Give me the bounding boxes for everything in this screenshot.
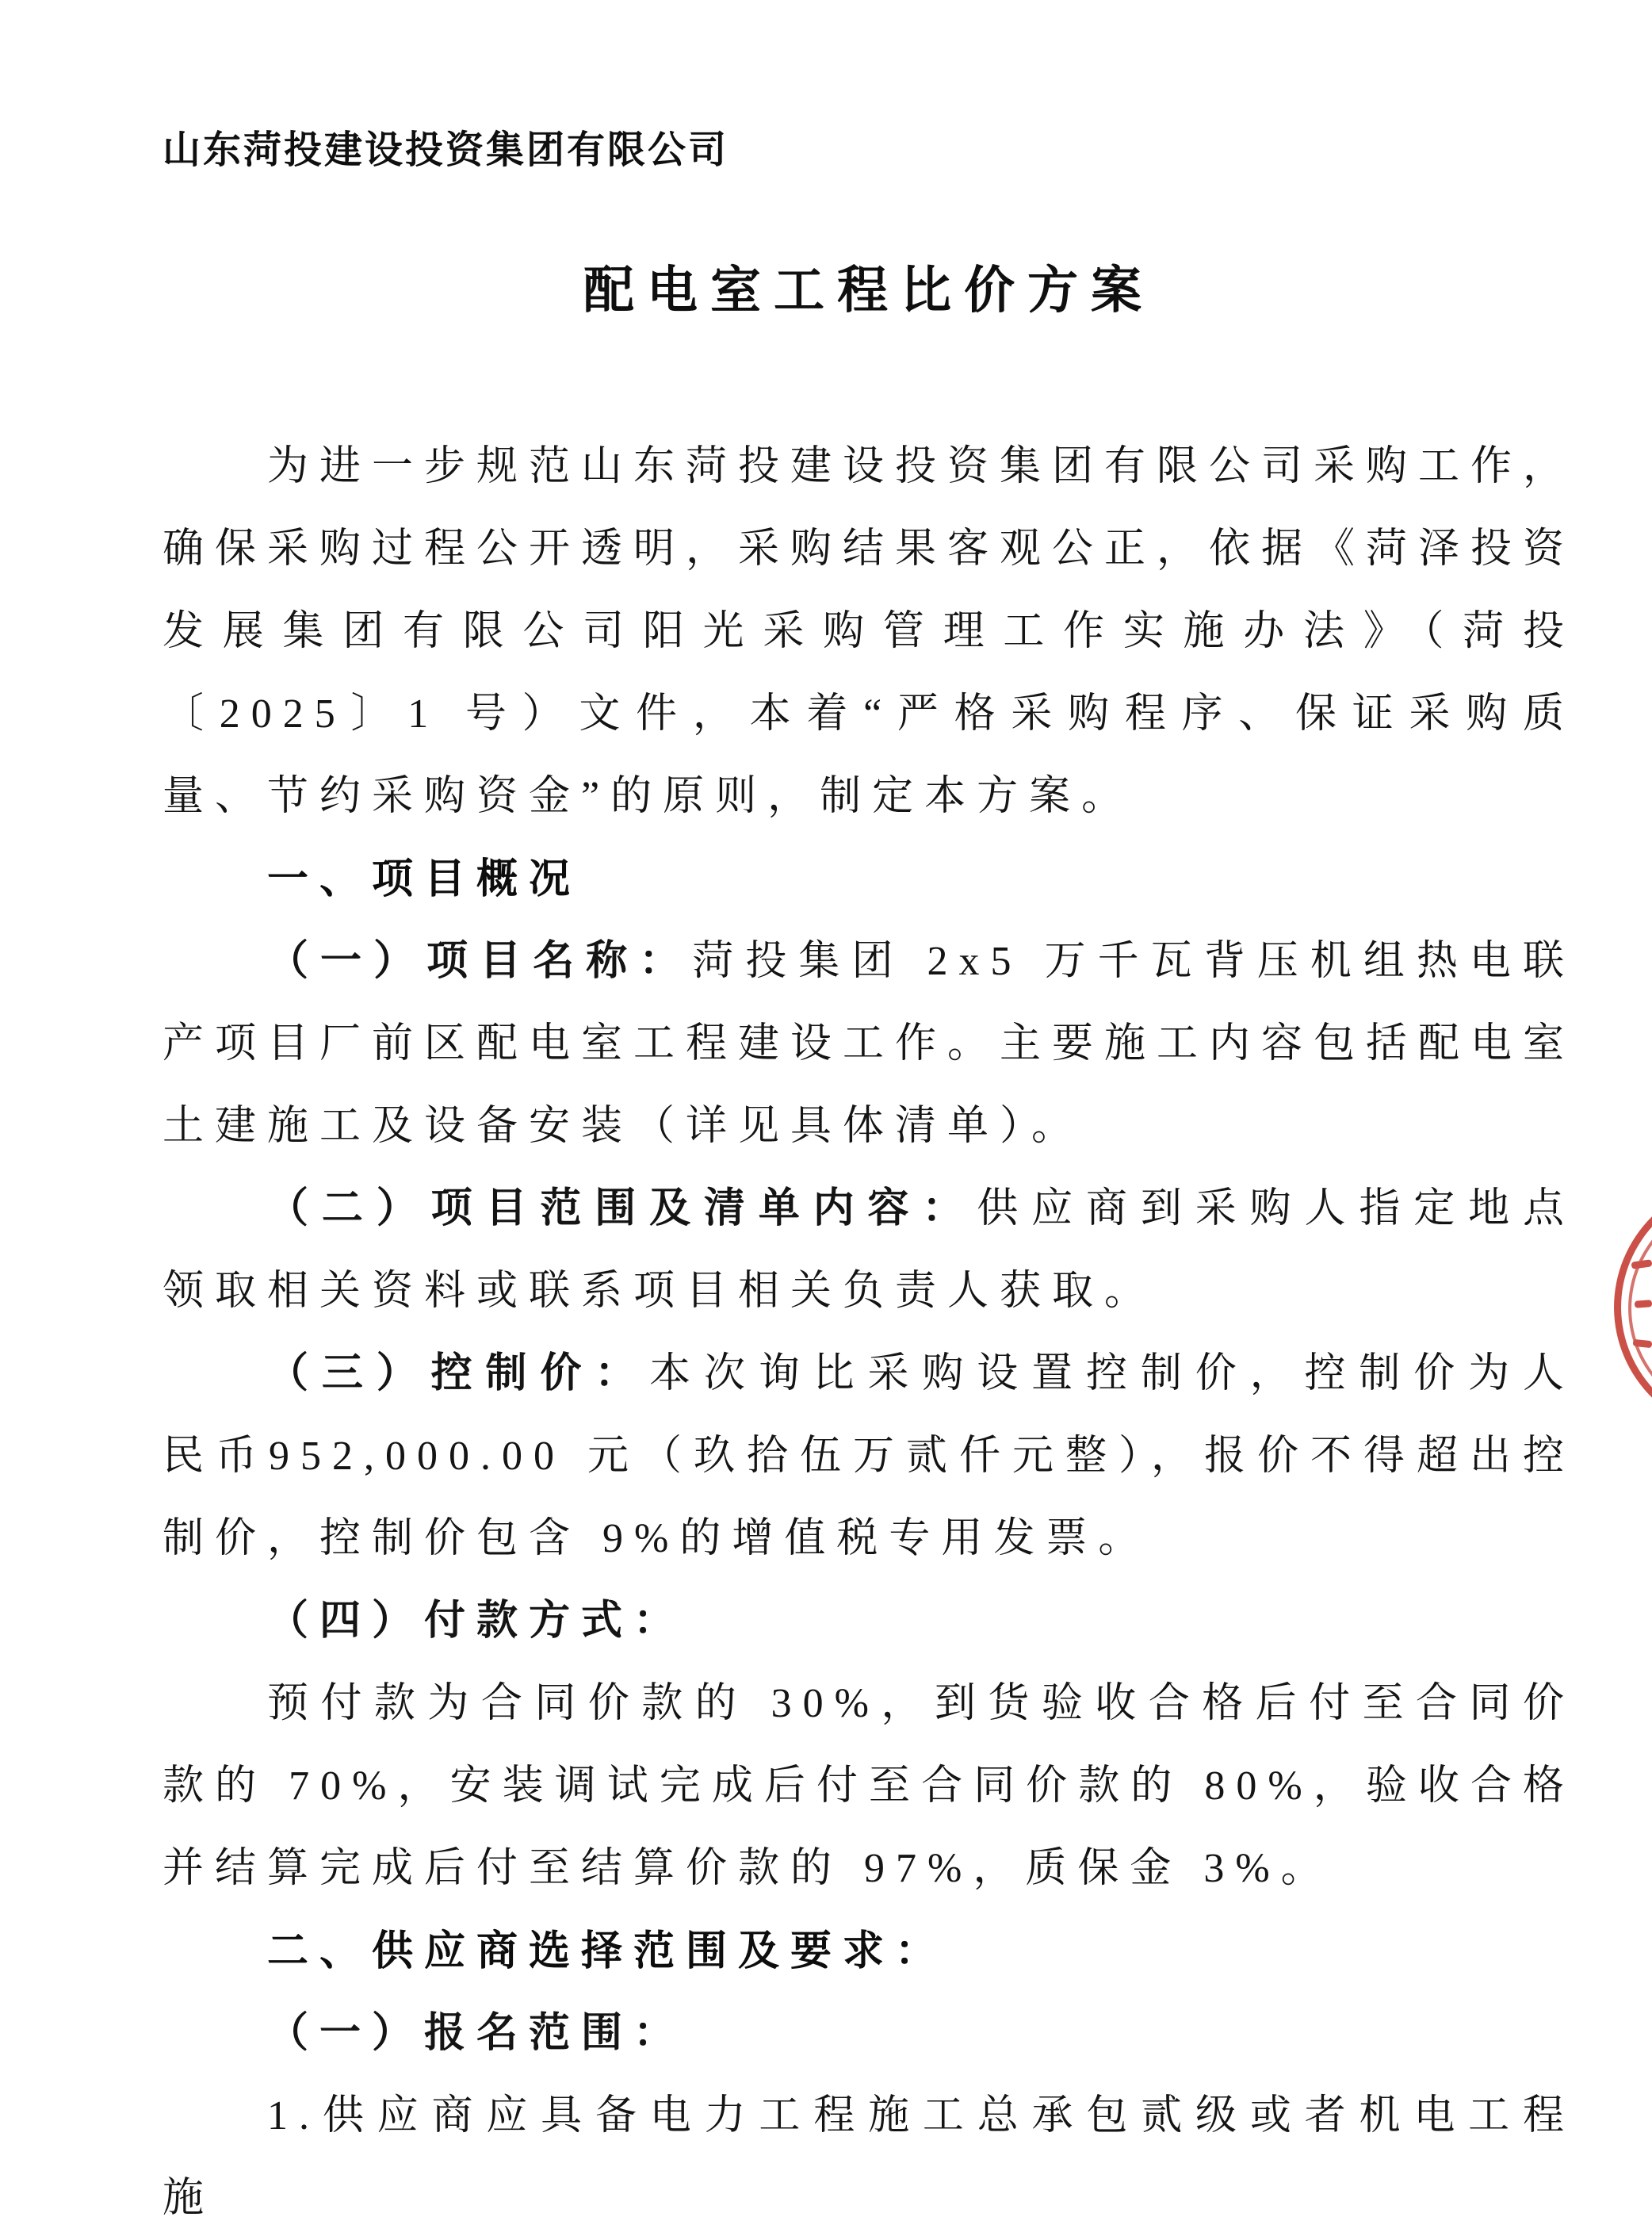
red-seal-icon <box>1601 1174 1652 1443</box>
item-label: （三）控制价： <box>267 1351 649 1396</box>
intro-paragraph: 为进一步规范山东菏投建设投资集团有限公司采购工作，确保采购过程公开透明，采购结果… <box>163 426 1575 838</box>
item-label: （四）付款方式： <box>267 1599 686 1644</box>
section1-item-control-price: （三）控制价：本次询比采购设置控制价，控制价为人民币952,000.00 元（玖… <box>163 1333 1575 1580</box>
section1-item-payment-method: （四）付款方式： <box>163 1580 1575 1663</box>
section2-item-qualification: 1.供应商应具备电力工程施工总承包贰级或者机电工程施 <box>163 2075 1575 2236</box>
item-label: （二）项目范围及清单内容： <box>267 1186 977 1231</box>
page-title: 配电室工程比价方案 <box>163 250 1575 323</box>
section2-item-registration-scope: （一）报名范围： <box>163 1993 1575 2075</box>
section1-item-project-name: （一）项目名称：菏投集团 2x5 万千瓦背压机组热电联产项目厂前区配电室工程建设… <box>163 921 1575 1168</box>
company-name: 山东菏投建设投资集团有限公司 <box>163 119 1575 174</box>
section1-heading: 一、项目概况 <box>163 838 1575 921</box>
section2-heading: 二、供应商选择范围及要求： <box>163 1910 1575 1993</box>
section1-item-payment-terms: 预付款为合同价款的 30%，到货验收合格后付至合同价款的 70%，安装调试完成后… <box>163 1663 1575 1910</box>
item-text: 1.供应商应具备电力工程施工总承包贰级或者机电工程施 <box>163 2093 1575 2221</box>
item-text: 预付款为合同价款的 30%，到货验收合格后付至合同价款的 70%，安装调试完成后… <box>163 1681 1575 1891</box>
item-label: （一）项目名称： <box>267 939 692 984</box>
document-page: 山东菏投建设投资集团有限公司 配电室工程比价方案 为进一步规范山东菏投建设投资集… <box>0 0 1652 2236</box>
section1-item-scope: （二）项目范围及清单内容：供应商到采购人指定地点领取相关资料或联系项目相关负责人… <box>163 1168 1575 1333</box>
item-label: （一）报名范围： <box>267 2011 686 2056</box>
seal-text-mark <box>1635 1300 1652 1308</box>
document-body: 为进一步规范山东菏投建设投资集团有限公司采购工作，确保采购过程公开透明，采购结果… <box>163 426 1575 2236</box>
